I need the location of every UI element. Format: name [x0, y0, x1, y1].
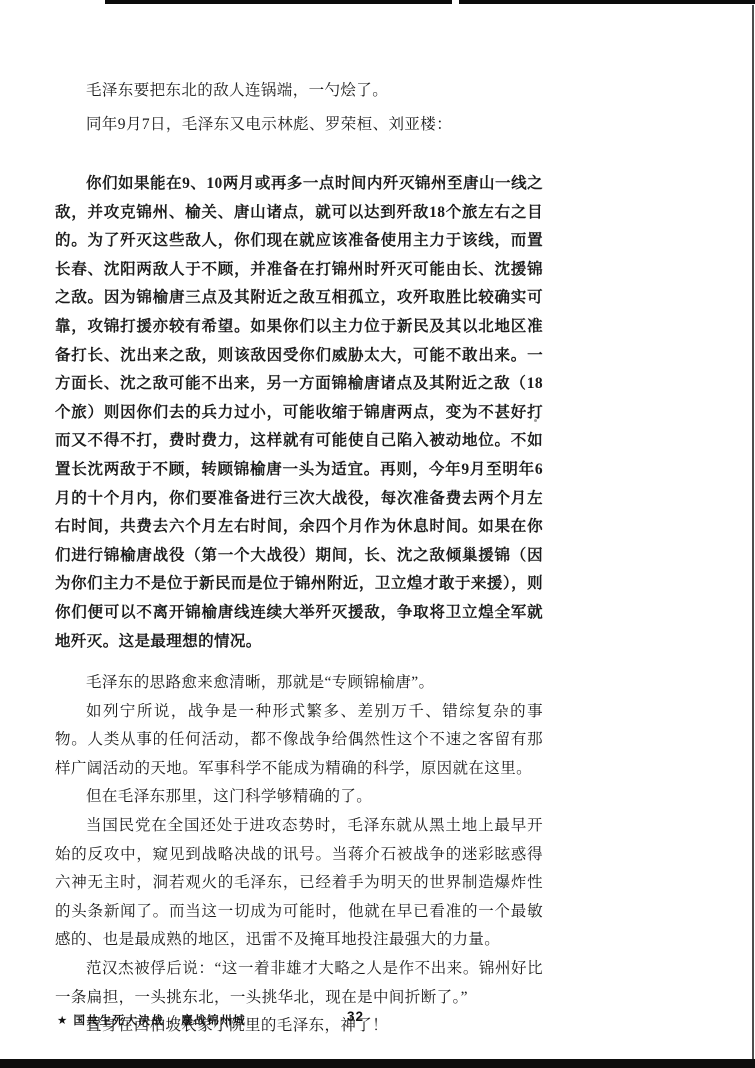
page-edge-line [752, 5, 754, 1059]
scan-artifact-top-band [105, 0, 755, 4]
footer-book-title: 国共生死大决战 [74, 1015, 165, 1027]
paragraph-body-4: 当国民党在全国还处于进攻态势时，毛泽东就从黑土地上最早开始的反攻中，窥见到战略决… [55, 812, 543, 955]
paragraph-intro-2: 同年9月7日，毛泽东又电示林彪、罗荣桓、刘亚楼： [55, 108, 543, 142]
footer: ★ 国共生死大决战/鏖战锦州城 [57, 1012, 246, 1028]
scanned-book-page: { "document": { "intro_paragraphs": [ "毛… [0, 0, 755, 1068]
paragraph-body-3: 但在毛泽东那里，这门科学够精确的了。 [55, 783, 543, 812]
star-icon: ★ [57, 1015, 69, 1027]
intro-section: 毛泽东要把东北的敌人连锅端，一勺烩了。 同年9月7日，毛泽东又电示林彪、罗荣桓、… [55, 74, 543, 141]
paragraph-body-5: 范汉杰被俘后说：“这一着非雄才大略之人是作不出来。锦州好比一条扁担，一头挑东北，… [55, 955, 543, 1012]
body-section: 毛泽东的思路愈来愈清晰，那就是“专顾锦榆唐”。 如列宁所说，战争是一种形式繁多、… [55, 669, 543, 1041]
paragraph-body-2: 如列宁所说，战争是一种形式繁多、差别万千、错综复杂的事物。人类从事的任何活动，都… [55, 698, 543, 784]
paragraph-body-1: 毛泽东的思路愈来愈清晰，那就是“专顾锦榆唐”。 [55, 669, 543, 698]
paragraph-intro-1: 毛泽东要把东北的敌人连锅端，一勺烩了。 [55, 74, 543, 108]
scan-artifact-bottom-band [0, 1059, 755, 1068]
page-text-column: 毛泽东要把东北的敌人连锅端，一勺烩了。 同年9月7日，毛泽东又电示林彪、罗荣桓、… [55, 74, 543, 1041]
telegram-quote: 你们如果能在9、10两月或再多一点时间内歼灭锦州至唐山一线之敌，并攻克锦州、榆关… [55, 170, 543, 656]
footer-separator: / [165, 1015, 182, 1027]
footer-chapter-title: 鏖战锦州城 [181, 1015, 246, 1027]
page-number: 32 [347, 1009, 364, 1024]
scan-artifact-top-band-notch [452, 0, 459, 4]
